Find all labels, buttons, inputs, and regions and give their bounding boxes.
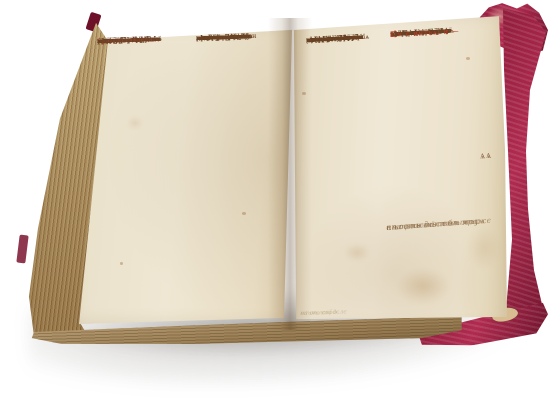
fox-spot xyxy=(120,262,123,265)
manuscript-photograph: нѣгораспамьдѣвїтїшснамь. мньїсѣхоу. гона… xyxy=(0,0,555,398)
right-page xyxy=(290,10,507,332)
fox-spot xyxy=(466,57,470,60)
text-line: на вѣлєнї о xyxy=(300,308,337,318)
text-line: хѫщѣшн. ндамь xyxy=(196,31,252,43)
cover-sliver-left-edge xyxy=(16,235,28,264)
fox-spot xyxy=(242,212,246,215)
quire-signature-mark: ѦѦ xyxy=(480,152,493,161)
text-line: морталнѣ. просво xyxy=(97,34,159,46)
fox-spot xyxy=(302,92,306,95)
